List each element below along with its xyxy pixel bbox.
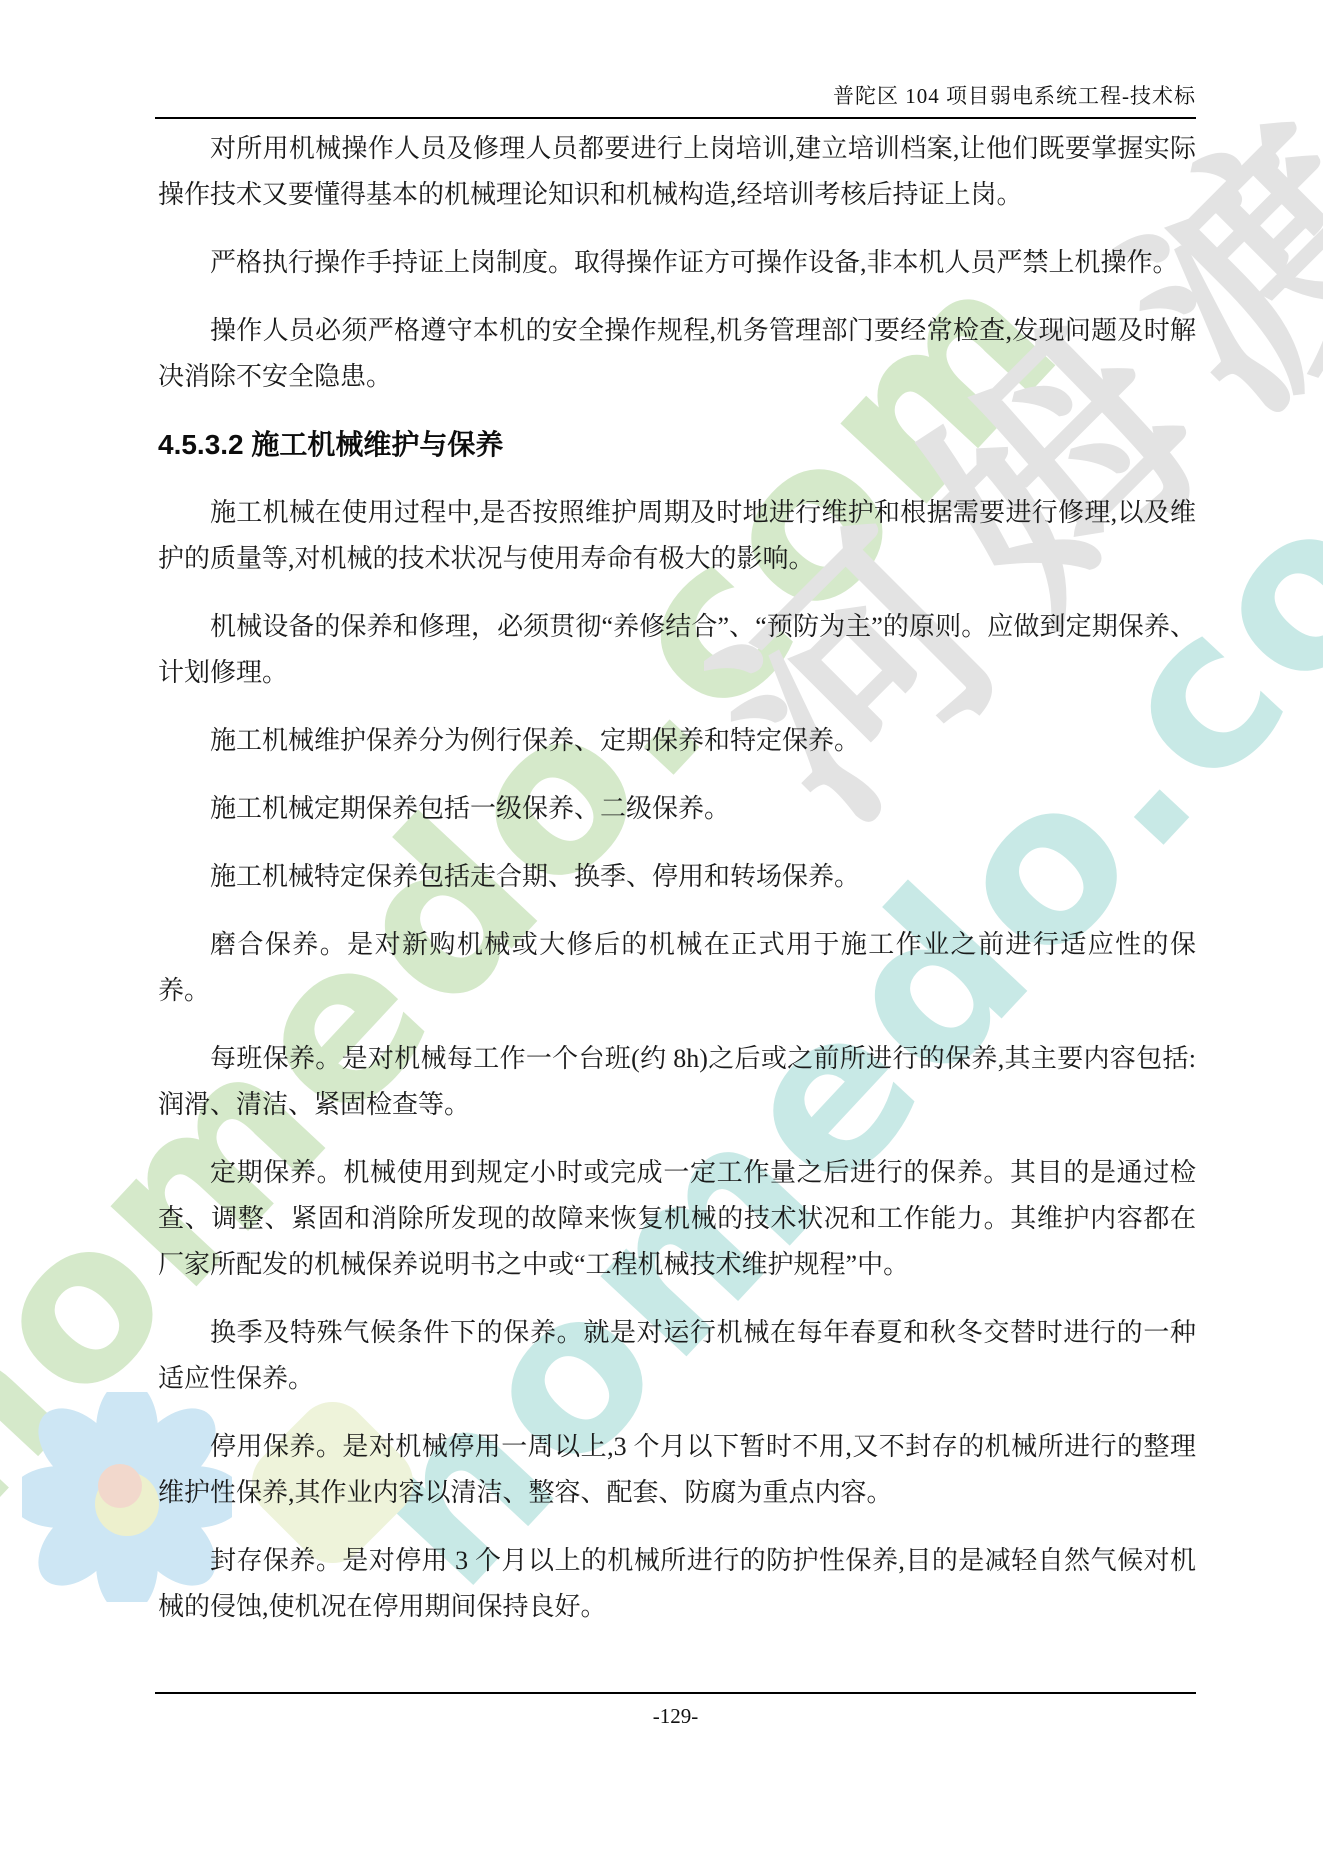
header-rule: [155, 117, 1196, 119]
flower-center-accent: [98, 1464, 142, 1508]
document-page: homedo.com homedo.com 河姆渡 普陀区 104 项目弱电系统…: [0, 0, 1323, 1872]
paragraph: 机械设备的保养和修理，必须贯彻“养修结合”、“预防为主”的原则。应做到定期保养、…: [158, 604, 1196, 696]
document-body: 对所用机械操作人员及修理人员都要进行上岗培训,建立培训档案,让他们既要掌握实际操…: [158, 126, 1196, 1652]
paragraph: 换季及特殊气候条件下的保养。就是对运行机械在每年春夏和秋冬交替时进行的一种适应性…: [158, 1310, 1196, 1402]
flower-center: [95, 1472, 159, 1536]
paragraph: 封存保养。是对停用 3 个月以上的机械所进行的防护性保养,目的是减轻自然气候对机…: [158, 1538, 1196, 1630]
header-title: 普陀区 104 项目弱电系统工程-技术标: [833, 80, 1196, 110]
paragraph: 磨合保养。是对新购机械或大修后的机械在正式用于施工作业之前进行适应性的保养。: [158, 922, 1196, 1014]
paragraph: 对所用机械操作人员及修理人员都要进行上岗培训,建立培训档案,让他们既要掌握实际操…: [158, 126, 1196, 218]
page-number: -129-: [155, 1704, 1196, 1729]
paragraph: 严格执行操作手持证上岗制度。取得操作证方可操作设备,非本机人员严禁上机操作。: [158, 240, 1196, 286]
footer-rule: [155, 1692, 1196, 1694]
paragraph: 操作人员必须严格遵守本机的安全操作规程,机务管理部门要经常检查,发现问题及时解决…: [158, 308, 1196, 400]
paragraph: 定期保养。机械使用到规定小时或完成一定工作量之后进行的保养。其目的是通过检查、调…: [158, 1150, 1196, 1288]
paragraph: 停用保养。是对机械停用一周以上,3 个月以下暂时不用,又不封存的机械所进行的整理…: [158, 1424, 1196, 1516]
paragraph: 施工机械特定保养包括走合期、换季、停用和转场保养。: [158, 854, 1196, 900]
paragraph: 施工机械维护保养分为例行保养、定期保养和特定保养。: [158, 718, 1196, 764]
paragraph: 每班保养。是对机械每工作一个台班(约 8h)之后或之前所进行的保养,其主要内容包…: [158, 1036, 1196, 1128]
section-heading: 4.5.3.2 施工机械维护与保养: [158, 422, 1196, 468]
paragraph: 施工机械在使用过程中,是否按照维护周期及时地进行维护和根据需要进行修理,以及维护…: [158, 490, 1196, 582]
paragraph: 施工机械定期保养包括一级保养、二级保养。: [158, 786, 1196, 832]
